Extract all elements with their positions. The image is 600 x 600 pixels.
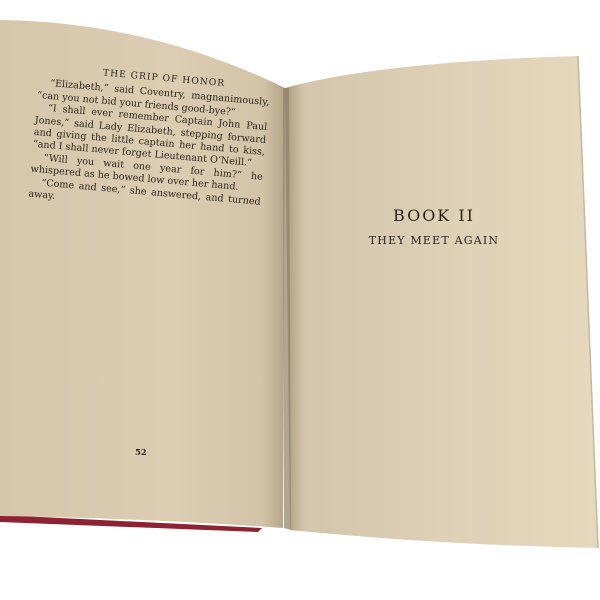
right-page bbox=[285, 56, 598, 548]
section-title: THEY MEET AGAIN bbox=[344, 234, 524, 247]
book-photo: THE GRIP OF HONOR “Elizabeth,” said Cove… bbox=[0, 0, 600, 600]
left-page-text: THE GRIP OF HONOR “Elizabeth,” said Cove… bbox=[28, 62, 271, 221]
page-number: 52 bbox=[135, 448, 147, 458]
book-heading: BOOK II bbox=[374, 206, 494, 225]
